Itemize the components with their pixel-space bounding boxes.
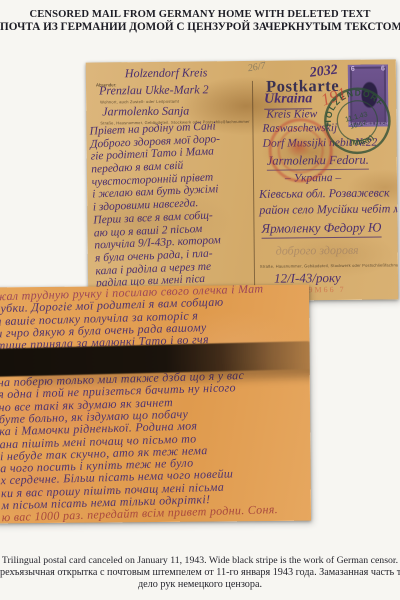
page-title-block: CENSORED MAIL FROM GERMANY HOME WITH DEL…: [0, 9, 400, 33]
pencil-note: 26/7: [247, 60, 266, 74]
caption-ru-line2: дело рук немецкого цензора.: [0, 579, 400, 590]
address-line-cyrillic: район село Мусійки чебіт м: [259, 201, 398, 217]
stamp-value: 6: [351, 66, 355, 73]
sender-line: Jarmolenko Sanja: [102, 104, 189, 120]
caption-block: Trilingual postal card canceled on Janua…: [0, 555, 400, 590]
page-title-ru: ПОЧТА ИЗ ГЕРМАНИИ ДОМОЙ С ЦЕНЗУРОЙ ЗАЧЕР…: [0, 21, 400, 33]
postcard-back: жал трудную ручку і посилаю свого олечка…: [0, 285, 311, 524]
sender-line: Holzendorf Kreis: [125, 65, 208, 81]
censor-mark-red-icon: [268, 118, 333, 183]
printed-form-line: Straße, Hausnummer, Gebäudeteil, Stockwe…: [260, 262, 398, 269]
caption-en: Trilingual postal card canceled on Janua…: [0, 555, 400, 566]
svg-text:(MARK): (MARK): [348, 133, 376, 149]
faint-pencil-note: доброго здоровя: [276, 243, 359, 259]
postmark-region: (MARK): [348, 133, 376, 149]
postcard-front: Absender: Holzendorf Kreis Prenzlau Ukke…: [86, 59, 398, 302]
address-line-cyrillic: Кіевська обл. Розважевск: [259, 185, 390, 201]
caption-ru-line1: рехъязычная открытка с почтовым штемпеле…: [0, 567, 400, 578]
page-title-en: CENSORED MAIL FROM GERMANY HOME WITH DEL…: [0, 9, 400, 20]
sender-line: Prenzlau Ukke-Mark 2: [99, 82, 209, 98]
address-line-cyrillic: Ярмоленку Федору Ю: [261, 220, 381, 239]
stamp-value: 6: [381, 65, 385, 72]
handwritten-message-back: жал трудную ручку і посилаю свого олечка…: [0, 285, 311, 523]
handwritten-message-front: Прівет на родіну от СаніДоброго здоровя …: [89, 119, 258, 291]
ink-number-note: 2032: [309, 63, 339, 82]
address-country-latin: Ukraina: [264, 91, 312, 110]
